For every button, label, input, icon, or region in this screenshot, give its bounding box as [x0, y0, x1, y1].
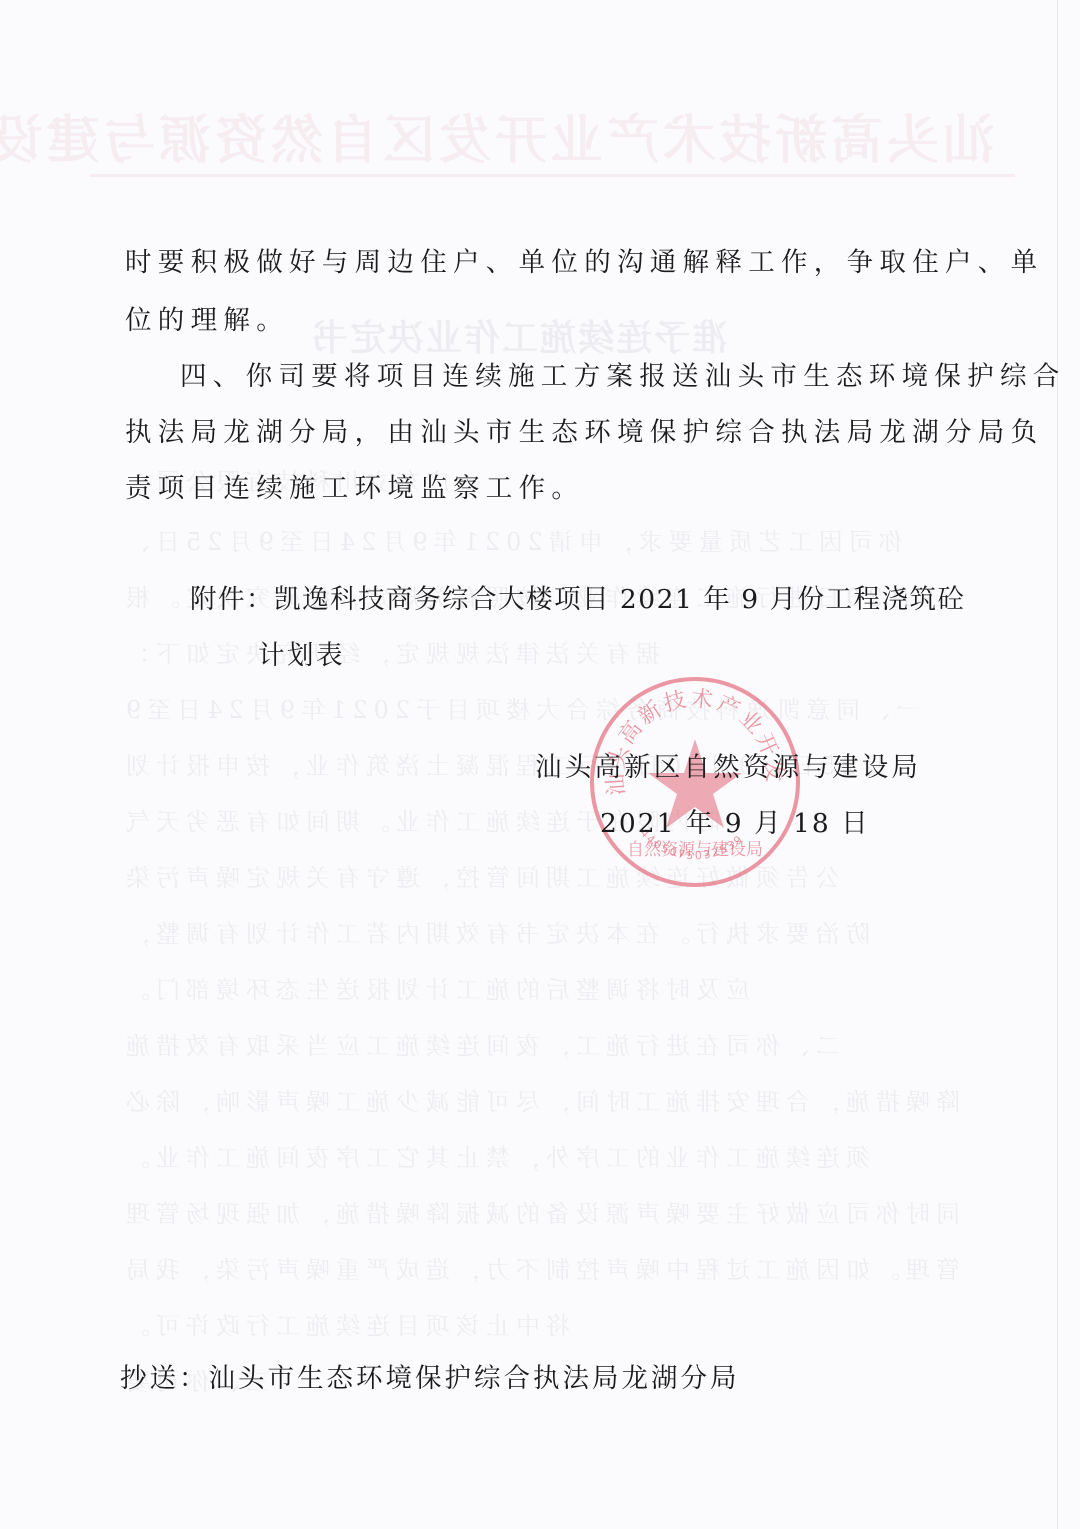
seal-inner-text: 自然资源与建设局 [627, 840, 763, 860]
cc-recipient: 抄送：汕头市生态环境保护综合执法局龙湖分局 [120, 1366, 740, 1393]
attachment-line-continued: 计划表 [258, 643, 345, 670]
attachment-line: 附件：凯逸科技商务综合大楼项目 2021 年 9 月份工程浇筑砼 [190, 587, 966, 614]
bleed-through-line: 公告须做好连续施工期间管控，遵守有关规定噪声污染 [120, 858, 970, 893]
signature-organization: 汕头高新区自然资源与建设局 [535, 755, 921, 782]
bleed-through-line: 须连续施工作业的工序外，禁止其它工序夜间施工作业。 [120, 1138, 970, 1173]
bleed-through-line: 降噪措施，合理安排施工时间，尽可能减少施工噪声影响，除必 [120, 1082, 970, 1117]
bleed-through-title: 准予连续施工作业决定书 [310, 310, 728, 361]
body-line: 时要积极做好与周边住户、单位的沟通解释工作，争取住户、单 [125, 250, 1043, 277]
bleed-through-line: 防治要求执行。在本决定书有效期内若工作计划有调整， [120, 914, 970, 949]
bleed-through-rule [90, 174, 1015, 177]
body-line: 执法局龙湖分局，由汕头市生态环境保护综合执法局龙湖分局负 [125, 420, 1043, 447]
bleed-through-line: 同时你司应做好主要噪声源设备的减振降噪措施，加强现场管理 [120, 1194, 970, 1229]
bleed-through-line: 二、你司在进行施工，夜间连续施工应当采取有效措施 [120, 1026, 970, 1061]
signature-date: 2021 年 9 月 18 日 [600, 811, 870, 838]
body-line: 责项目连续施工环境监察工作。 [125, 476, 584, 503]
bleed-through-line: 应及时将调整后的施工计划报送生态环境部门。 [120, 970, 970, 1005]
bleed-through-line: 将中止该项目连续施工行政许可。 [120, 1306, 970, 1341]
bleed-through-line: 据有关法律法规规定，经研究决定如下： [120, 634, 970, 669]
bleed-through-line: 管理。如因施工过程中噪声控制不力，造成严重噪声污染，我局 [120, 1250, 970, 1285]
bleed-through-line: 一、同意凯逸科技商务综合大楼项目于2021年9月24日至9 [120, 690, 970, 725]
body-line: 四、你司要将项目连续施工方案报送汕头市生态环境保护综合 [180, 364, 1066, 391]
page-edge [1057, 0, 1058, 1529]
bleed-through-header: 汕头高新技术产业开发区自然资源与建设局 [95, 98, 995, 173]
bleed-through-line: 你司因工艺质量要求，申请2021年9月24日至9月25日、 [120, 522, 970, 557]
body-line: 位的理解。 [125, 308, 289, 335]
